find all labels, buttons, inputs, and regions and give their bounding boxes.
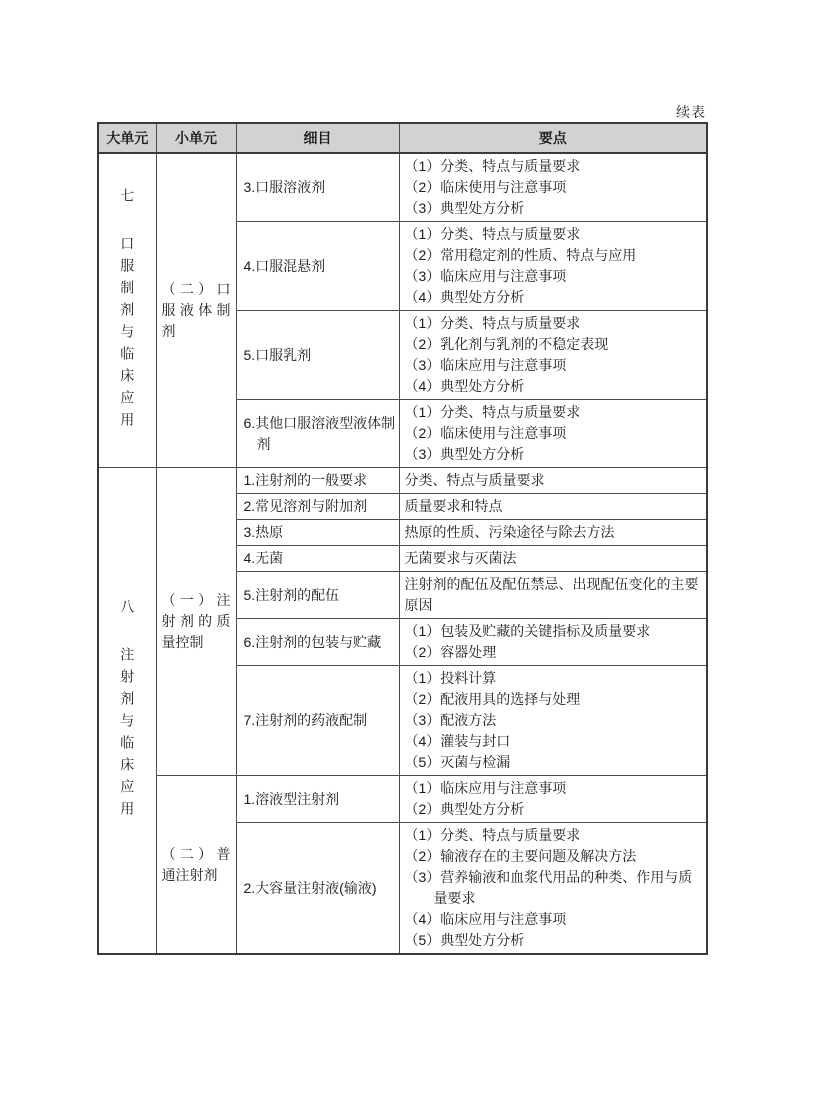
points-cell: 分类、特点与质量要求 xyxy=(399,468,707,494)
item-cell: 3.口服溶液剂 xyxy=(236,153,399,222)
points-cell: （1）临床应用与注意事项（2）典型处方分析 xyxy=(399,776,707,823)
item-cell: 3.热原 xyxy=(236,520,399,546)
point-line: （2）临床使用与注意事项 xyxy=(405,177,704,198)
point-line: （1）分类、特点与质量要求 xyxy=(405,156,704,177)
major-unit-cell-7: 七 口服制剂与临床应用 xyxy=(98,153,156,468)
points-cell: 无菌要求与灭菌法 xyxy=(399,546,707,572)
major-unit-vertical-text: 八 注射剂与临床应用 xyxy=(99,599,156,823)
point-line: （4）典型处方分析 xyxy=(405,376,704,397)
point-line: （2）乳化剂与乳剂的不稳定表现 xyxy=(405,334,704,355)
point-line: （2）输液存在的主要问题及解决方法 xyxy=(405,846,704,867)
point-line: （1）分类、特点与质量要求 xyxy=(405,224,704,245)
points-cell: （1）投料计算（2）配液用具的选择与处理（3）配液方法（4）灌装与封口（5）灭菌… xyxy=(399,666,707,776)
col-header-keypoints: 要点 xyxy=(399,123,707,153)
item-cell: 2.大容量注射液(输液) xyxy=(236,823,399,955)
points-cell: （1）分类、特点与质量要求（2）乳化剂与乳剂的不稳定表现（3）临床应用与注意事项… xyxy=(399,311,707,400)
point-line: （1）包装及贮藏的关键指标及质量要求 xyxy=(405,621,704,642)
points-cell: （1）包装及贮藏的关键指标及质量要求（2）容器处理 xyxy=(399,619,707,666)
syllabus-table: 大单元 小单元 细目 要点 七 口服制剂与临床应用 （二）口服液体制剂 3.口服… xyxy=(97,122,708,955)
col-header-detail: 细目 xyxy=(236,123,399,153)
col-header-major-unit: 大单元 xyxy=(98,123,156,153)
table-row: 七 口服制剂与临床应用 （二）口服液体制剂 3.口服溶液剂 （1）分类、特点与质… xyxy=(98,153,707,222)
point-line: （2）常用稳定剂的性质、特点与应用 xyxy=(405,245,704,266)
point-line: （2）临床使用与注意事项 xyxy=(405,423,704,444)
point-line: （3）临床应用与注意事项 xyxy=(405,266,704,287)
major-unit-cell-8: 八 注射剂与临床应用 xyxy=(98,468,156,955)
table-row: 八 注射剂与临床应用 （一）注射剂的质量控制 1.注射剂的一般要求 分类、特点与… xyxy=(98,468,707,494)
points-cell: （1）分类、特点与质量要求（2）输液存在的主要问题及解决方法（3）营养输液和血浆… xyxy=(399,823,707,955)
points-cell: （1）分类、特点与质量要求（2）常用稳定剂的性质、特点与应用（3）临床应用与注意… xyxy=(399,222,707,311)
point-line: （2）典型处方分析 xyxy=(405,799,704,820)
points-cell: 注射剂的配伍及配伍禁忌、出现配伍变化的主要原因 xyxy=(399,572,707,619)
point-line: （5）典型处方分析 xyxy=(405,930,704,951)
col-header-minor-unit: 小单元 xyxy=(156,123,236,153)
points-cell: （1）分类、特点与质量要求（2）临床使用与注意事项（3）典型处方分析 xyxy=(399,400,707,468)
point-line: （2）容器处理 xyxy=(405,642,704,663)
point-line: （1）分类、特点与质量要求 xyxy=(405,825,704,846)
item-cell: 4.口服混悬剂 xyxy=(236,222,399,311)
point-line: （3）典型处方分析 xyxy=(405,444,704,465)
point-line: （2）配液用具的选择与处理 xyxy=(405,689,704,710)
unit-number: 七 xyxy=(120,188,134,210)
point-line: （1）分类、特点与质量要求 xyxy=(405,402,704,423)
item-cell: 5.注射剂的配伍 xyxy=(236,572,399,619)
points-cell: 质量要求和特点 xyxy=(399,494,707,520)
point-line: （1）临床应用与注意事项 xyxy=(405,778,704,799)
point-line: （4）灌装与封口 xyxy=(405,731,704,752)
item-cell: 2.常见溶剂与附加剂 xyxy=(236,494,399,520)
point-line: （1）投料计算 xyxy=(405,668,704,689)
item-cell: 4.无菌 xyxy=(236,546,399,572)
point-line: （1）分类、特点与质量要求 xyxy=(405,313,704,334)
point-line: （3）营养输液和血浆代用品的种类、作用与质量要求 xyxy=(405,867,704,909)
item-cell: 6.其他口服溶液型液体制剂 xyxy=(236,400,399,468)
major-unit-vertical-text: 七 口服制剂与临床应用 xyxy=(99,188,156,434)
unit-name: 口服制剂与临床应用 xyxy=(120,236,134,434)
points-cell: （1）分类、特点与质量要求（2）临床使用与注意事项（3）典型处方分析 xyxy=(399,153,707,222)
point-line: （3）典型处方分析 xyxy=(405,198,704,219)
header-row: 大单元 小单元 细目 要点 xyxy=(98,123,707,153)
point-line: （4）临床应用与注意事项 xyxy=(405,909,704,930)
points-cell: 热原的性质、污染途径与除去方法 xyxy=(399,520,707,546)
continued-table-label: 续表 xyxy=(97,102,706,122)
table-row: （二）普通注射剂 1.溶液型注射剂 （1）临床应用与注意事项（2）典型处方分析 xyxy=(98,776,707,823)
unit-number: 八 xyxy=(120,599,134,621)
item-cell: 5.口服乳剂 xyxy=(236,311,399,400)
item-cell: 6.注射剂的包装与贮藏 xyxy=(236,619,399,666)
subunit-cell: （二）口服液体制剂 xyxy=(156,153,236,468)
point-line: （4）典型处方分析 xyxy=(405,287,704,308)
point-line: （3）配液方法 xyxy=(405,710,704,731)
item-cell: 7.注射剂的药液配制 xyxy=(236,666,399,776)
point-line: （3）临床应用与注意事项 xyxy=(405,355,704,376)
document-page: 续表 大单元 小单元 细目 要点 七 口服制剂与临床应用 （二） xyxy=(0,0,816,1100)
unit-name: 注射剂与临床应用 xyxy=(120,647,134,823)
subunit-cell: （一）注射剂的质量控制 xyxy=(156,468,236,776)
item-cell: 1.注射剂的一般要求 xyxy=(236,468,399,494)
item-cell: 1.溶液型注射剂 xyxy=(236,776,399,823)
point-line: （5）灭菌与检漏 xyxy=(405,752,704,773)
subunit-cell: （二）普通注射剂 xyxy=(156,776,236,955)
